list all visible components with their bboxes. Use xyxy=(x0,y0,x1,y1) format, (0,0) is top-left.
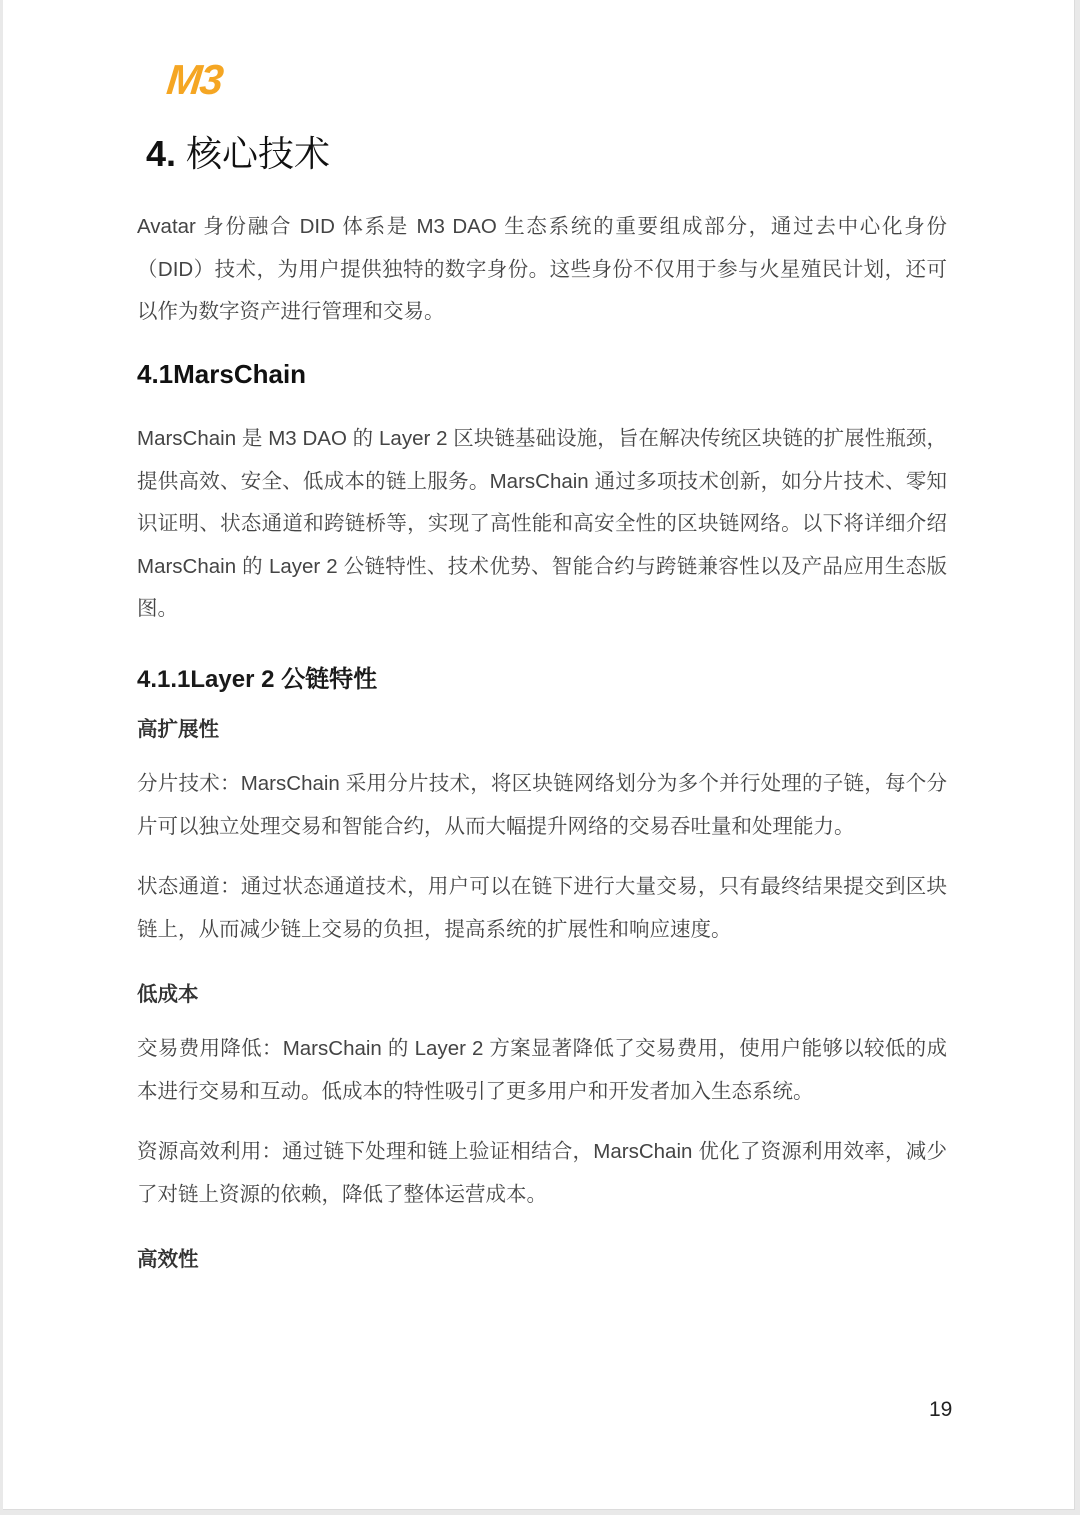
intro-section: Avatar 身份融合 DID 体系是 M3 DAO 生态系统的重要组成部分，通… xyxy=(137,206,947,334)
title-text: 核心技术 xyxy=(176,133,330,174)
scalability-para-1-wrap: 分片技术：MarsChain 采用分片技术，将区块链网络划分为多个并行处理的子链… xyxy=(137,763,947,848)
subheading-low-cost: 低成本 xyxy=(137,977,947,1007)
page-number: 19 xyxy=(929,1398,952,1422)
paragraph-sharding: 分片技术：MarsChain 采用分片技术，将区块链网络划分为多个并行处理的子链… xyxy=(137,763,947,848)
scalability-para-2-wrap: 状态通道：通过状态通道技术，用户可以在链下进行大量交易，只有最终结果提交到区块链… xyxy=(137,866,947,951)
m3-logo: M3 xyxy=(164,56,223,104)
section-heading-4-1: 4.1MarsChain xyxy=(137,359,947,390)
section-4-1-paragraph: MarsChain 是 M3 DAO 的 Layer 2 区块链基础设施，旨在解… xyxy=(137,418,947,631)
document-page: M3 4. 核心技术 Avatar 身份融合 DID 体系是 M3 DAO 生态… xyxy=(3,0,1075,1510)
intro-paragraph: Avatar 身份融合 DID 体系是 M3 DAO 生态系统的重要组成部分，通… xyxy=(137,206,947,334)
page-title: 4. 核心技术 xyxy=(146,126,330,177)
section-heading-4-1-1: 4.1.1Layer 2 公链特性 xyxy=(137,659,947,694)
subheading-efficiency-wrap: 高效性 xyxy=(137,1242,947,1272)
subheading-efficiency: 高效性 xyxy=(137,1242,947,1272)
paragraph-fee-reduction: 交易费用降低：MarsChain 的 Layer 2 方案显著降低了交易费用，使… xyxy=(137,1028,947,1113)
section-4-1-1-heading-wrap: 4.1.1Layer 2 公链特性 xyxy=(137,659,947,694)
title-number: 4. xyxy=(146,133,176,174)
subheading-low-cost-wrap: 低成本 xyxy=(137,977,947,1007)
subheading-scalability-wrap: 高扩展性 xyxy=(137,712,947,742)
low-cost-para-2-wrap: 资源高效利用：通过链下处理和链上验证相结合，MarsChain 优化了资源利用效… xyxy=(137,1131,947,1216)
subheading-scalability: 高扩展性 xyxy=(137,712,947,742)
section-4-1-body: MarsChain 是 M3 DAO 的 Layer 2 区块链基础设施，旨在解… xyxy=(137,418,947,631)
paragraph-resource-efficiency: 资源高效利用：通过链下处理和链上验证相结合，MarsChain 优化了资源利用效… xyxy=(137,1131,947,1216)
low-cost-para-1-wrap: 交易费用降低：MarsChain 的 Layer 2 方案显著降低了交易费用，使… xyxy=(137,1028,947,1113)
paragraph-state-channels: 状态通道：通过状态通道技术，用户可以在链下进行大量交易，只有最终结果提交到区块链… xyxy=(137,866,947,951)
section-4-1-heading-wrap: 4.1MarsChain xyxy=(137,359,947,390)
